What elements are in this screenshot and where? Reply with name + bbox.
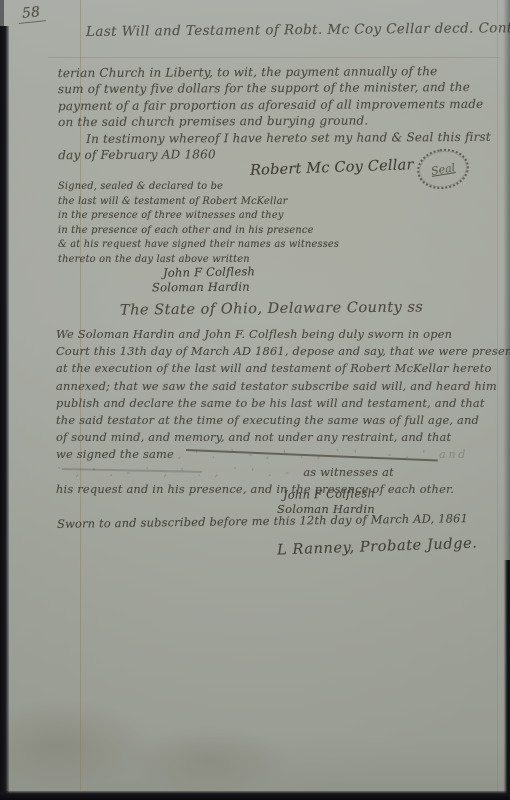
judge-signature: L Ranney, Probate Judge.: [277, 536, 478, 559]
page-number: 58: [21, 4, 41, 22]
attestation-line: the last will & testament of Robert McKe…: [58, 195, 339, 210]
page-edge-bottom: [0, 791, 510, 800]
witness-signature: Soloman Hardin: [152, 280, 250, 295]
attestation-line: & at his request have signed their names…: [58, 238, 339, 253]
binding-edge-right: [504, 560, 510, 800]
probate-line: the said testator at the time of executi…: [56, 412, 510, 429]
will-line: In testimony whereof I have hereto set m…: [86, 128, 491, 147]
probate-line: We Soloman Hardin and John F. Colflesh b…: [56, 326, 510, 343]
attestation-clause: Signed, sealed & declared to be the last…: [58, 180, 339, 268]
probate-line: publish and declare the same to be his l…: [56, 395, 510, 412]
probate-line: annexed; that we saw the said testator s…: [56, 378, 510, 395]
header-rule-horizontal: [48, 57, 500, 58]
attestation-line: Signed, sealed & declared to be: [58, 180, 339, 195]
probate-line: at the execution of the last will and te…: [56, 360, 510, 377]
seal-label: Seal: [430, 161, 456, 178]
probate-line: ` , ' . - ` , ' . , ` ' . - as witnesses…: [56, 464, 510, 481]
will-line: sum of twenty five dollars for the suppo…: [58, 79, 491, 98]
attestation-line: in the presence of each other and in his…: [58, 224, 339, 239]
jurat-line: Sworn to and subscribed before me this 1…: [57, 511, 468, 531]
binding-edge-left: [0, 26, 9, 800]
attestation-line: in the presence of three witnesses and t…: [58, 209, 339, 224]
will-continuation-paragraph: terian Church in Liberty, to wit, the pa…: [58, 63, 491, 164]
ledger-page: 58 Last Will and Testament of Robt. Mc C…: [0, 0, 510, 800]
page-title: Last Will and Testament of Robt. Mc Coy …: [86, 20, 510, 40]
witness-signature: John F Colflesh: [283, 486, 375, 502]
witness-signature: John F Colflesh: [163, 264, 255, 280]
probate-heading: The State of Ohio, Delaware County ss: [120, 299, 423, 318]
probate-affidavit: We Soloman Hardin and John F. Colflesh b…: [56, 326, 510, 498]
binding-edge-left-top: [0, 0, 4, 30]
probate-line: of sound mind, and memory, and not under…: [56, 429, 510, 446]
probate-line: Court this 13th day of March AD 1861, de…: [56, 343, 510, 360]
will-line: payment of a fair proportion as aforesai…: [58, 96, 491, 115]
